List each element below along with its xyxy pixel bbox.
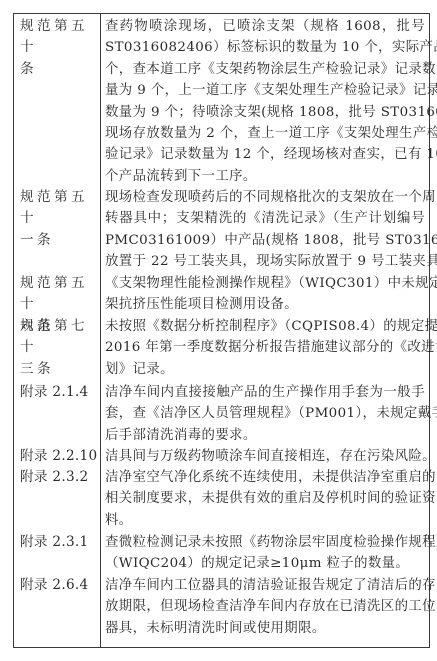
finding-description: 现场检查发现喷药后的不同规格批次的支架放在一个周 转器具中；支架精洗的《清洗记录… — [102, 187, 427, 273]
desc-line: 验记录》记录数量为 12 个，经现场核对查实，已有 10 — [105, 144, 425, 165]
regulation-reference: 规范第五十 条 — [14, 16, 100, 80]
desc-line: 洁净室空气净化系统不连续使用，未提供洁净室重启的 — [105, 467, 425, 488]
desc-line: 查微粒检测记录未按照《药物涂层牢固度检验操作规程》 — [105, 532, 425, 553]
desc-line: ST0316082406）标签标识的数量为 10 个，实际产品为 10 — [105, 37, 425, 58]
finding-description: 查药物喷涂现场，已喷涂支架（规格 1608，批号 ST0316082406）标签… — [102, 16, 427, 187]
finding-description: 洁净室空气净化系统不连续使用，未提供洁净室重启的 相关制度要求，未提供有效的重启… — [102, 467, 427, 531]
desc-line: 放置于 22 号工装夹具，现场实际放置于 9 号工装夹具。 — [105, 251, 425, 272]
desc-line: 洁净车间内直接接触产品的生产操作用手套为一般手 — [105, 382, 425, 403]
finding-description: 未按照《数据分析控制程序》（CQPIS08.4）的规定提供 2016 年第一季度… — [102, 316, 427, 380]
desc-line: （WIQC204）的规定记录≥10μm 粒子的数量。 — [105, 553, 425, 574]
desc-line: 洁净车间内工位器具的清洁验证报告规定了清洁后的存 — [105, 575, 425, 596]
desc-line: 相关制度要求，未提供有效的重启及停机时间的验证资 — [105, 488, 425, 509]
desc-line: 现场存放数量为 2 个，查上一道工序《支架处理生产检 — [105, 123, 425, 144]
regulation-reference: 附录 2.6.4 — [14, 575, 100, 596]
desc-line: 划》记录。 — [105, 359, 425, 380]
desc-line: 后手部清洗消毒的要求。 — [105, 425, 425, 446]
findings-table: 规范第五十 条 查药物喷涂现场，已喷涂支架（规格 1608，批号 ST03160… — [13, 13, 430, 648]
regulation-reference: 规范第五十 一条 — [14, 187, 100, 251]
ref-line: 一条 — [20, 230, 98, 251]
desc-line: 2016 年第一季度数据分析报告措施建议部分的《改进计 — [105, 337, 425, 358]
finding-description: 洁净车间内工位器具的清洁验证报告规定了清洁后的存 放期限，但现场检查洁净车间内存… — [102, 575, 427, 639]
desc-line: 器具，未标明清洗时间或使用期限。 — [105, 618, 425, 639]
desc-line: 量为 9 个，上一道工序《支架处理生产检验记录》记录 — [105, 80, 425, 101]
desc-line: 料。 — [105, 510, 425, 531]
desc-line: 数量为 9 个；待喷涂支架(规格 1808，批号 ST0316021609） — [105, 102, 425, 123]
regulation-reference: 附录 2.3.1 — [14, 532, 100, 553]
desc-line: 《支架物理性能检测操作规程》（WIQC301）中未规定支 — [105, 273, 425, 294]
desc-line: PMC03161009）中产品(规格 1808，批号 ST0316021610） — [105, 230, 425, 251]
ref-line: 附录 2.3.1 — [20, 532, 98, 553]
desc-line: 未按照《数据分析控制程序》（CQPIS08.4）的规定提供 — [105, 316, 425, 337]
desc-line: 转器具中；支架精洗的《清洗记录》（生产计划编号 — [105, 208, 425, 229]
ref-line: 规范第五十 — [20, 273, 98, 316]
desc-line: 现场检查发现喷药后的不同规格批次的支架放在一个周 — [105, 187, 425, 208]
regulation-reference: 规范第七十 三条 — [14, 316, 100, 380]
regulation-reference: 附录 2.1.4 — [14, 382, 100, 403]
desc-line: 放期限，但现场检查洁净车间内存放在已清洗区的工位 — [105, 596, 425, 617]
column-divider — [100, 14, 101, 647]
finding-description: 查微粒检测记录未按照《药物涂层牢固度检验操作规程》 （WIQC204）的规定记录… — [102, 532, 427, 575]
finding-description: 洁净车间内直接接触产品的生产操作用手套为一般手 套，查《洁净区人员管理规程》（P… — [102, 382, 427, 446]
desc-line: 套，查《洁净区人员管理规程》（PM001），未规定戴手套 — [105, 403, 425, 424]
ref-line: 附录 2.3.2 — [20, 467, 98, 488]
ref-line: 附录 2.2.10 — [20, 446, 98, 467]
ref-line: 附录 2.6.4 — [20, 575, 98, 596]
desc-line: 洁具间与万级药物喷涂车间直接相连，存在污染风险。 — [105, 446, 425, 467]
desc-line: 个，查本道工序《支架药物涂层生产检验记录》记录数 — [105, 59, 425, 80]
desc-line: 查药物喷涂现场，已喷涂支架（规格 1608，批号 — [105, 16, 425, 37]
ref-line: 附录 2.1.4 — [20, 382, 98, 403]
ref-line: 规范第七十 — [20, 316, 98, 359]
finding-description: 洁具间与万级药物喷涂车间直接相连，存在污染风险。 — [102, 446, 427, 467]
ref-line: 条 — [20, 59, 98, 80]
ref-line: 三条 — [20, 359, 98, 380]
regulation-reference: 附录 2.3.2 — [14, 467, 100, 488]
ref-line: 规范第五十 — [20, 187, 98, 230]
desc-line: 架抗挤压性能项目检测用设备。 — [105, 294, 425, 315]
finding-description: 《支架物理性能检测操作规程》（WIQC301）中未规定支 架抗挤压性能项目检测用… — [102, 273, 427, 316]
ref-line: 规范第五十 — [20, 16, 98, 59]
desc-line: 个产品流转到下一工序。 — [105, 166, 425, 187]
regulation-reference: 附录 2.2.10 — [14, 446, 100, 467]
